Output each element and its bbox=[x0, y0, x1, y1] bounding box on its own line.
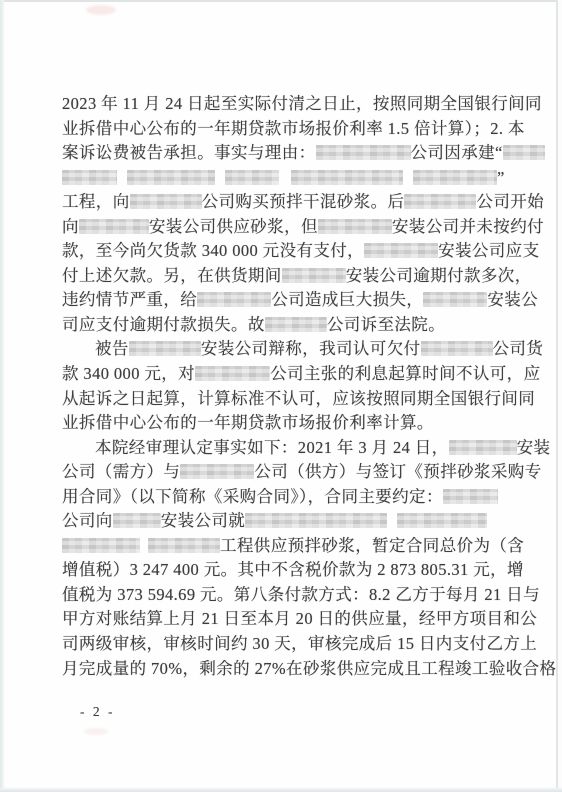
text-run: 业拆借中心公布的一年期贷款市场报价利率 1.5 倍计算）；2. 本 bbox=[62, 119, 525, 138]
text-line: 款 340 000 元，对公司主张的利息起算时间不认可，应 bbox=[62, 362, 522, 387]
redaction-block bbox=[197, 292, 271, 307]
text-run: 安装公司应支 bbox=[438, 241, 539, 260]
text-line: 工程供应预拌砂浆，暂定合同总价为（含 bbox=[62, 534, 522, 559]
text-run: 2023 年 11 月 24 日起至实际付清之日止，按照同期全国银行间同 bbox=[62, 94, 542, 113]
redaction-block bbox=[148, 538, 220, 553]
redaction-block bbox=[62, 170, 117, 185]
redaction-block bbox=[129, 341, 201, 356]
text-run: 月完成量的 70%，剩余的 27%在砂浆供应完成且工程竣工验收合格 bbox=[62, 659, 556, 678]
document-body: 2023 年 11 月 24 日起至实际付清之日止，按照同期全国银行间同业拆借中… bbox=[62, 92, 522, 681]
redaction-block bbox=[421, 341, 493, 356]
text-line: 值税为 373 594.69 元。第八条付款方式：8.2 乙方于每月 21 日与 bbox=[62, 583, 522, 608]
redaction-block bbox=[316, 145, 411, 160]
text-run: 款，至今尚欠货款 340 000 元没有支付， bbox=[62, 241, 364, 260]
redaction-gap bbox=[140, 550, 148, 551]
text-run: 安装公司供应砂浆，但 bbox=[149, 217, 318, 236]
text-run: 甲方对账结算上月 21 日至本月 20 日的供应量，经甲方项目和公 bbox=[62, 609, 537, 628]
text-line: ” bbox=[62, 166, 522, 191]
text-line: 公司向安装公司就 bbox=[62, 509, 522, 534]
text-run: 公司诉至法院。 bbox=[327, 315, 445, 334]
text-line: 司两级审核，审核时间约 30 天，审核完成后 15 日内支付乙方上 bbox=[62, 632, 522, 657]
text-run: 安装 bbox=[517, 438, 551, 457]
text-line: 司应支付逾期付款损失。故公司诉至法院。 bbox=[62, 313, 522, 338]
paper-smudge bbox=[84, 728, 108, 735]
redaction-gap bbox=[403, 182, 413, 183]
text-run: 安装公 bbox=[487, 290, 538, 309]
text-line: 向安装公司供应砂浆，但安装公司并未按约付 bbox=[62, 215, 522, 240]
text-line: 工程，向公司购买预拌干混砂浆。后公司开始 bbox=[62, 190, 522, 215]
text-line: 公司（需方）与公司（供方）与签订《预拌砂浆采购专 bbox=[62, 460, 522, 485]
text-run: 公司货 bbox=[493, 339, 544, 358]
redaction-block bbox=[195, 366, 270, 381]
text-run: 本院经审理认定事实如下：2021 年 3 月 24 日， bbox=[95, 438, 449, 457]
text-run: 安装公司就 bbox=[161, 511, 246, 530]
scan-edge-top bbox=[0, 0, 562, 2]
redaction-block bbox=[443, 489, 498, 504]
text-run: 增值税）3 247 400 元。其中不含税价款为 2 873 805.31 元，… bbox=[62, 560, 524, 579]
text-run: 用合同》（以下简称《采购合同》），合同主要约定： bbox=[62, 487, 443, 506]
text-run: 工程供应预拌砂浆，暂定合同总价为（含 bbox=[220, 536, 524, 555]
text-line: 付上述欠款。另，在供货期间安装公司逾期付款多次， bbox=[62, 264, 522, 289]
text-line: 款，至今尚欠货款 340 000 元没有支付，安装公司应支 bbox=[62, 239, 522, 264]
redaction-block bbox=[404, 194, 476, 209]
paper-smudge bbox=[86, 5, 116, 15]
redaction-block bbox=[130, 194, 202, 209]
text-run: 工程，向 bbox=[62, 192, 130, 211]
text-run: 公司（供方）与签订《预拌砂浆采购专 bbox=[254, 462, 541, 481]
page-number: - 2 - bbox=[80, 704, 115, 720]
redaction-block bbox=[397, 513, 487, 528]
redaction-block bbox=[79, 219, 149, 234]
redaction-block bbox=[282, 268, 346, 283]
redaction-block bbox=[225, 170, 279, 185]
text-line: 从起诉之日起算，计算标准不认可，应该按照同期全国银行间同 bbox=[62, 387, 522, 412]
redaction-block bbox=[265, 317, 327, 332]
text-line: 业拆借中心公布的一年期贷款市场报价利率计算。 bbox=[62, 411, 522, 436]
scan-edge-bottom bbox=[0, 787, 562, 792]
text-run: 业拆借中心公布的一年期贷款市场报价利率计算。 bbox=[62, 413, 434, 432]
text-run: 公司主张的利息起算时间不认可，应 bbox=[270, 364, 540, 383]
text-run: 公司购买预拌干混砂浆。后 bbox=[202, 192, 405, 211]
text-run: 付上述欠款。另，在供货期间 bbox=[62, 266, 282, 285]
scan-edge-left bbox=[0, 0, 5, 792]
text-run: 案诉讼费被告承担。事实与理由： bbox=[62, 143, 316, 162]
text-run: ” bbox=[497, 168, 505, 187]
text-run: 公司向 bbox=[62, 511, 113, 530]
text-run: 公司（需方）与 bbox=[62, 462, 180, 481]
redaction-gap bbox=[117, 182, 127, 183]
text-line: 本院经审理认定事实如下：2021 年 3 月 24 日，安装 bbox=[62, 436, 522, 461]
text-line: 增值税）3 247 400 元。其中不含税价款为 2 873 805.31 元，… bbox=[62, 558, 522, 583]
text-run: 公司开始 bbox=[476, 192, 544, 211]
text-line: 违约情节严重，给公司造成巨大损失，安装公 bbox=[62, 288, 522, 313]
text-run: 司应支付逾期付款损失。故 bbox=[62, 315, 265, 334]
text-line: 业拆借中心公布的一年期贷款市场报价利率 1.5 倍计算）；2. 本 bbox=[62, 117, 522, 142]
text-line: 被告安装公司辩称，我司认可欠付公司货 bbox=[62, 337, 522, 362]
redaction-block bbox=[291, 170, 403, 185]
redaction-gap bbox=[279, 182, 291, 183]
redaction-gap bbox=[387, 525, 397, 526]
redaction-block bbox=[413, 170, 497, 185]
text-line: 月完成量的 70%，剩余的 27%在砂浆供应完成且工程竣工验收合格 bbox=[62, 657, 522, 682]
redaction-block bbox=[245, 513, 387, 528]
text-run: 被告 bbox=[95, 339, 129, 358]
redaction-block bbox=[180, 464, 254, 479]
text-run: 值税为 373 594.69 元。第八条付款方式：8.2 乙方于每月 21 日与 bbox=[62, 585, 540, 604]
text-run: 公司造成巨大损失， bbox=[271, 290, 423, 309]
redaction-block bbox=[503, 145, 545, 160]
text-run: 司两级审核，审核时间约 30 天，审核完成后 15 日内支付乙方上 bbox=[62, 634, 537, 653]
scanned-document-page: 2023 年 11 月 24 日起至实际付清之日止，按照同期全国银行间同业拆借中… bbox=[0, 0, 562, 792]
scan-edge-right-outer bbox=[558, 0, 562, 792]
redaction-block bbox=[62, 538, 140, 553]
redaction-block bbox=[364, 243, 438, 258]
text-run: 违约情节严重，给 bbox=[62, 290, 197, 309]
text-run: 款 340 000 元，对 bbox=[62, 364, 195, 383]
text-line: 用合同》（以下简称《采购合同》），合同主要约定： bbox=[62, 485, 522, 510]
text-run: 公司因承建“ bbox=[411, 143, 503, 162]
text-run: 向 bbox=[62, 217, 79, 236]
text-line: 2023 年 11 月 24 日起至实际付清之日止，按照同期全国银行间同 bbox=[62, 92, 522, 117]
text-run: 安装公司并未按约付 bbox=[392, 217, 544, 236]
text-run: 从起诉之日起算，计算标准不认可，应该按照同期全国银行间同 bbox=[62, 389, 535, 408]
redaction-block bbox=[449, 440, 517, 455]
text-run: 安装公司辩称，我司认可欠付 bbox=[201, 339, 421, 358]
text-line: 案诉讼费被告承担。事实与理由：公司因承建“ bbox=[62, 141, 522, 166]
redaction-block bbox=[113, 513, 161, 528]
redaction-block bbox=[423, 292, 487, 307]
text-line: 甲方对账结算上月 21 日至本月 20 日的供应量，经甲方项目和公 bbox=[62, 607, 522, 632]
text-run: 安装公司逾期付款多次， bbox=[346, 266, 532, 285]
redaction-block bbox=[127, 170, 215, 185]
redaction-gap bbox=[215, 182, 225, 183]
redaction-block bbox=[318, 219, 392, 234]
